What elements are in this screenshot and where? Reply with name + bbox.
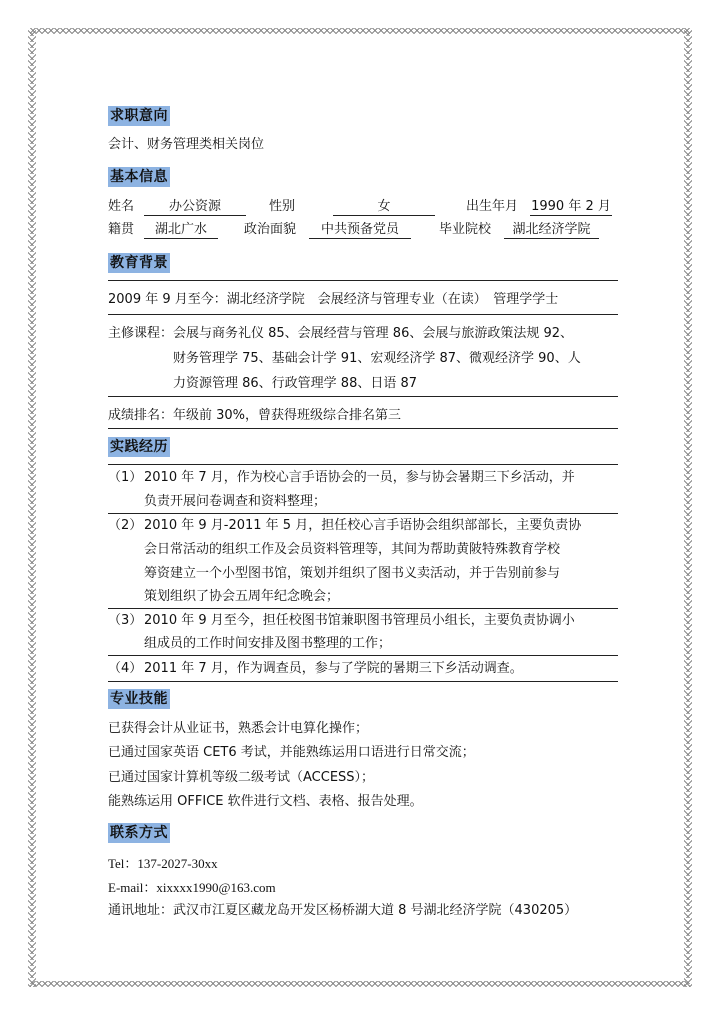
skill-line: 已通过国家计算机等级二级考试（ACCESS）； <box>108 770 374 786</box>
divider <box>108 464 618 465</box>
section-header-objective: 求职意向 <box>108 106 170 126</box>
political-value: 中共预备党员 <box>309 222 411 239</box>
border-right <box>684 30 692 987</box>
skill-line: 已获得会计从业证书，熟悉会计电算化操作； <box>108 721 368 737</box>
objective-text: 会计、财务管理类相关岗位 <box>108 137 264 153</box>
gender-label: 性别 <box>269 199 295 215</box>
contact-email: E-mail：xixxxx1990@163.com <box>108 880 276 896</box>
name-label: 姓名 <box>108 199 134 215</box>
experience-line: 组成员的工作时间安排及图书整理的工作； <box>144 636 391 652</box>
school-label: 毕业院校 <box>439 222 491 238</box>
divider <box>108 681 618 682</box>
section-header-experience: 实践经历 <box>108 437 170 457</box>
divider <box>108 396 618 397</box>
political-label: 政治面貌 <box>244 222 296 238</box>
contact-address: 通讯地址：武汉市江夏区藏龙岛开发区杨桥湖大道 8 号湖北经济学院（430205） <box>108 903 577 919</box>
experience-line: 负责开展问卷调查和资料整理； <box>144 494 326 510</box>
divider <box>108 513 618 514</box>
experience-line: 筹资建立一个小型图书馆，策划并组织了图书义卖活动，并于告别前参与 <box>144 566 560 582</box>
school-value: 湖北经济学院 <box>504 222 599 239</box>
divider <box>108 608 618 609</box>
border-left <box>28 30 36 987</box>
divider <box>108 655 618 656</box>
experience-line: 会日常活动的组织工作及会员资料管理等，其间为帮助黄陂特殊教育学校 <box>144 542 560 558</box>
hometown-label: 籍贯 <box>108 222 134 238</box>
experience-marker: （2） <box>108 518 142 534</box>
experience-line: 2011 年 7 月，作为调查员，参与了学院的暑期三下乡活动调查。 <box>144 661 523 677</box>
divider <box>108 280 618 281</box>
skill-line: 能熟练运用 OFFICE 软件进行文档、表格、报告处理。 <box>108 794 423 810</box>
section-header-contact: 联系方式 <box>108 823 170 843</box>
courses-label: 主修课程： <box>108 326 173 342</box>
experience-marker: （1） <box>108 470 142 486</box>
courses-line: 财务管理学 75、基础会计学 91、宏观经济学 87、微观经济学 90、人 <box>173 351 581 367</box>
experience-marker: （4） <box>108 661 142 677</box>
experience-line: 2010 年 9 月至今，担任校图书馆兼职图书管理员小组长，主要负责协调小 <box>144 613 575 629</box>
ranking-text: 成绩排名：年级前 30%，曾获得班级综合排名第三 <box>108 408 401 424</box>
section-header-education: 教育背景 <box>108 253 170 273</box>
divider <box>108 314 618 315</box>
experience-marker: （3） <box>108 613 142 629</box>
courses-line: 会展与商务礼仪 85、会展经营与管理 86、会展与旅游政策法规 92、 <box>173 326 573 342</box>
hometown-value: 湖北广水 <box>144 222 218 239</box>
section-header-skills: 专业技能 <box>108 689 170 709</box>
section-header-basic-info: 基本信息 <box>108 167 170 187</box>
contact-tel: Tel：137-2027-30xx <box>108 856 218 872</box>
education-period: 2009 年 9 月至今：湖北经济学院 会展经济与管理专业（在读） 管理学学士 <box>108 292 558 308</box>
skill-line: 已通过国家英语 CET6 考试，并能熟练运用口语进行日常交流； <box>108 745 475 761</box>
gender-value: 女 <box>333 199 435 216</box>
divider <box>108 428 618 429</box>
experience-line: 2010 年 9 月-2011 年 5 月，担任校心言手语协会组织部部长，主要负… <box>144 518 581 534</box>
courses-line: 力资源管理 86、行政管理学 88、日语 87 <box>173 376 417 392</box>
experience-line: 2010 年 7 月，作为校心言手语协会的一员，参与协会暑期三下乡活动，并 <box>144 470 575 486</box>
name-value: 办公资源 <box>144 199 246 216</box>
border-top <box>30 28 690 36</box>
birth-label: 出生年月 <box>466 199 518 215</box>
birth-value: 1990 年 2 月 <box>530 199 612 216</box>
experience-line: 策划组织了协会五周年纪念晚会； <box>144 589 339 605</box>
border-bottom <box>30 981 690 989</box>
